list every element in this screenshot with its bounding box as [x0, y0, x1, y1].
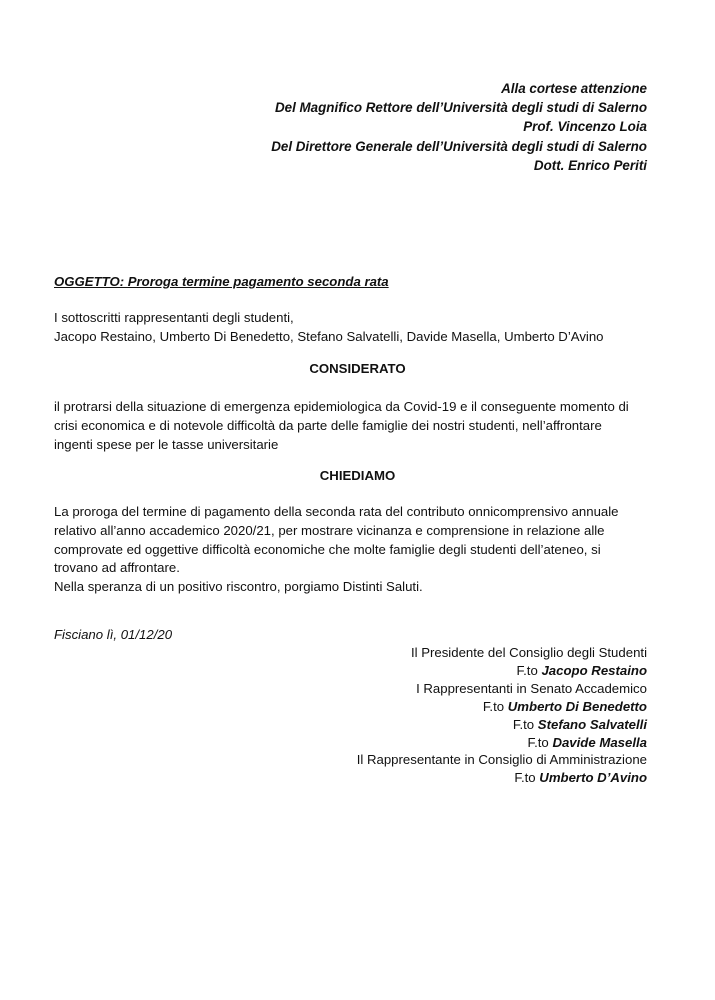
- signed-prefix: F.to: [514, 770, 535, 785]
- signer-name: Umberto Di Benedetto: [508, 699, 647, 714]
- heading-chiediamo: CHIEDIAMO: [0, 468, 715, 483]
- paragraph-line: trovano ad affrontare.: [54, 559, 664, 578]
- paragraph-line: La proroga del termine di pagamento dell…: [54, 503, 664, 522]
- paragraph-line: il protrarsi della situazione di emergen…: [54, 398, 664, 417]
- closing-line: Nella speranza di un positivo riscontro,…: [54, 578, 664, 597]
- role-board: Il Rappresentante in Consiglio di Ammini…: [357, 751, 647, 769]
- signed-prefix: F.to: [528, 735, 549, 750]
- signature-senate: F.to Umberto Di Benedetto: [357, 698, 647, 716]
- role-senate: I Rappresentanti in Senato Accademico: [357, 680, 647, 698]
- signed-prefix: F.to: [513, 717, 534, 732]
- paragraph-line: crisi economica e di notevole difficoltà…: [54, 417, 664, 436]
- signature-block: Il Presidente del Consiglio degli Studen…: [357, 644, 647, 787]
- addressee-line: Del Direttore Generale dell’Università d…: [271, 137, 647, 156]
- addressee-line: Dott. Enrico Periti: [271, 156, 647, 175]
- heading-considerato: CONSIDERATO: [0, 361, 715, 376]
- signed-prefix: F.to: [483, 699, 504, 714]
- signed-prefix: F.to: [517, 663, 538, 678]
- signer-name: Umberto D’Avino: [539, 770, 647, 785]
- signature-president: F.to Jacopo Restaino: [357, 662, 647, 680]
- signer-name: Stefano Salvatelli: [538, 717, 647, 732]
- addressee-line: Prof. Vincenzo Loia: [271, 117, 647, 136]
- addressee-line: Del Magnifico Rettore dell’Università de…: [271, 98, 647, 117]
- signature-board: F.to Umberto D’Avino: [357, 769, 647, 787]
- paragraph-line: comprovate ed oggettive difficoltà econo…: [54, 541, 664, 560]
- considerato-paragraph: il protrarsi della situazione di emergen…: [54, 398, 664, 454]
- chiediamo-paragraph: La proroga del termine di pagamento dell…: [54, 503, 664, 597]
- addressee-line: Alla cortese attenzione: [271, 79, 647, 98]
- addressee-block: Alla cortese attenzione Del Magnifico Re…: [271, 79, 647, 175]
- signer-name: Jacopo Restaino: [541, 663, 647, 678]
- role-president: Il Presidente del Consiglio degli Studen…: [357, 644, 647, 662]
- place-date: Fisciano lì, 01/12/20: [54, 627, 172, 642]
- signer-name: Davide Masella: [552, 735, 647, 750]
- intro-block: I sottoscritti rappresentanti degli stud…: [54, 309, 604, 346]
- intro-names: Jacopo Restaino, Umberto Di Benedetto, S…: [54, 328, 604, 347]
- signature-senate: F.to Davide Masella: [357, 734, 647, 752]
- paragraph-line: relativo all’anno accademico 2020/21, pe…: [54, 522, 664, 541]
- subject-line: OGGETTO: Proroga termine pagamento secon…: [54, 274, 389, 289]
- paragraph-line: ingenti spese per le tasse universitarie: [54, 436, 664, 455]
- signature-senate: F.to Stefano Salvatelli: [357, 716, 647, 734]
- intro-line: I sottoscritti rappresentanti degli stud…: [54, 309, 604, 328]
